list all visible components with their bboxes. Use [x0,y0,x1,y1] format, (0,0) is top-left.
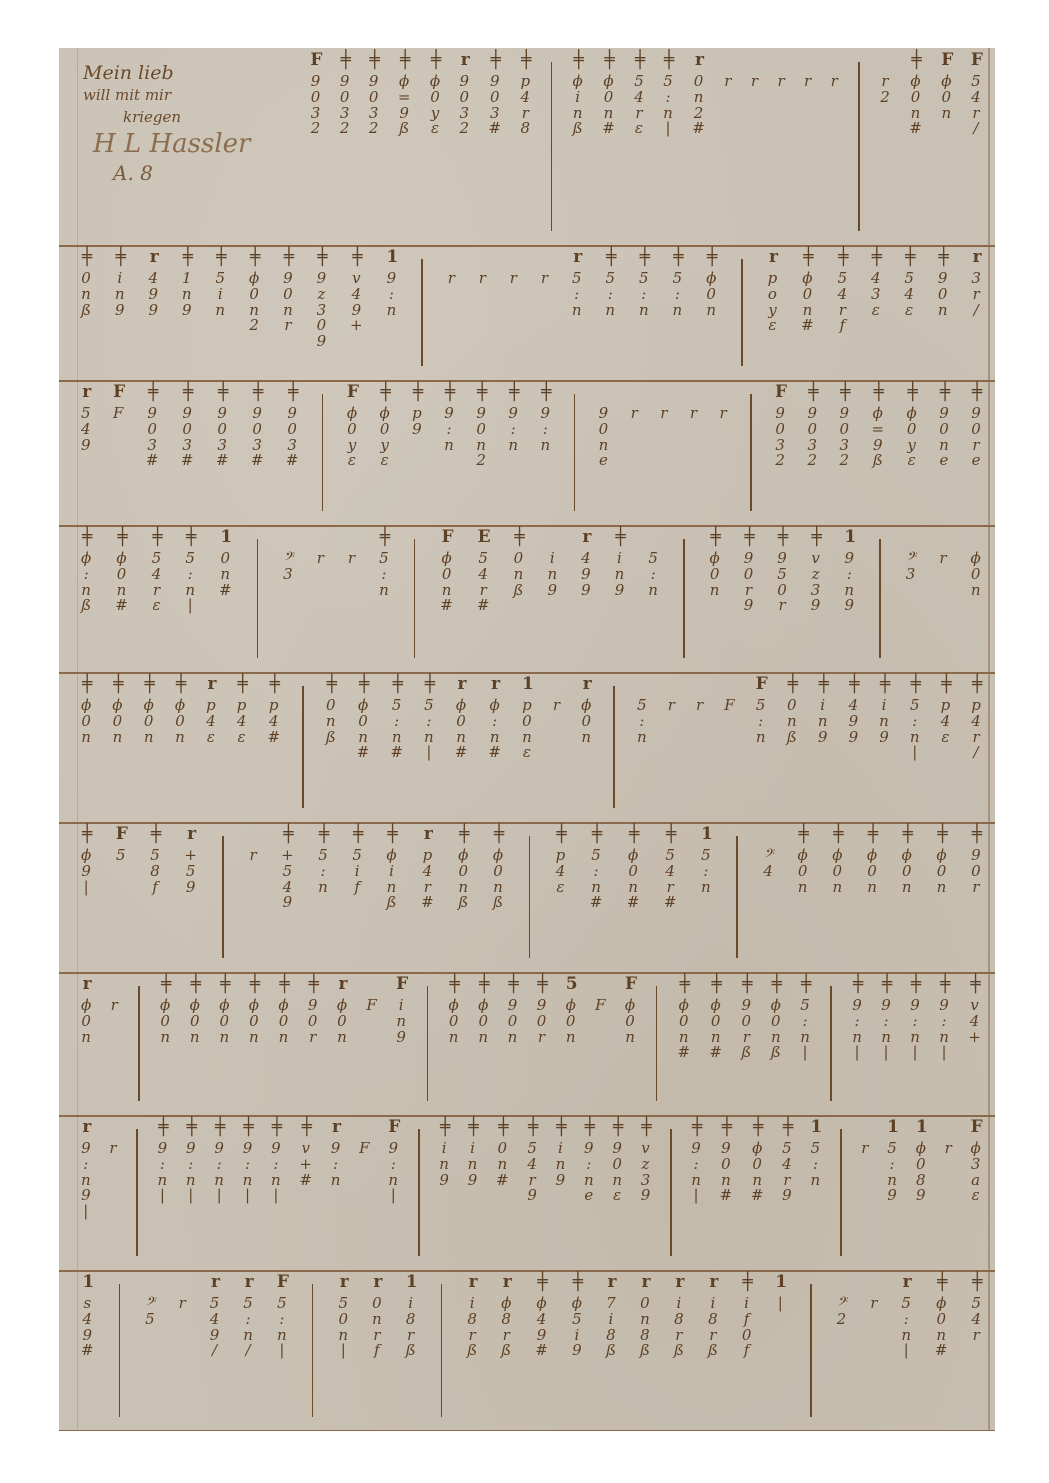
tablature-chord: ╪9:n [540,384,550,453]
manuscript-page: Mein lieb will mit mir kriegen H L Hassl… [59,48,995,1431]
tablature-letter: ß [81,303,91,319]
tablature-chord: ╪90n2 [476,384,486,469]
tablature-letter: ß [386,895,396,911]
tablature-chord: F [359,1119,369,1157]
barline [858,62,860,231]
tablature-letter: r [972,880,979,896]
tablature-letter: n [337,1030,347,1046]
tablature-letter: 9 [115,303,125,319]
tablature-letter: n [113,730,123,746]
tablature-letter: f [744,1343,750,1359]
tablature-chord: ╪ϕ0n [478,976,488,1045]
tablature-letter: | [912,745,917,761]
tablature-letter: ɛ [872,303,880,319]
tablature-letter: 5 [145,1312,155,1328]
rhythm-flag: ╪ [941,676,949,698]
barline [138,986,140,1101]
tablature-chord: ╪0n# [496,1119,509,1188]
tablature-chord: ╪9032 [369,52,379,137]
tablature-letter: # [720,1188,733,1204]
tablature-letter: 2 [808,453,818,469]
rhythm-flag: ╪ [788,676,796,698]
tablature-chord: 1ϕ089 [916,1119,926,1204]
tablature-letter: n [867,880,877,896]
rhythm-flag: F [277,1274,287,1296]
rhythm-flag: ╪ [803,249,811,271]
tablature-letter: n [756,730,766,746]
tablature-letter: # [251,453,264,469]
tablature-chord: ╪9:ne [584,1119,594,1204]
rhythm-flag: ╪ [186,529,194,551]
tablature-letter: n [215,303,225,319]
tablature-chord: F9:n| [388,1119,398,1204]
tablature-chord: ╪5:n| [800,976,810,1061]
rhythm-flag: ╪ [742,976,750,998]
rhythm-flag: ╪ [445,384,453,406]
rhythm-flag: ╪ [302,1119,310,1141]
tablature-letter: r [510,271,517,287]
tablature-letter: 9 [527,1188,537,1204]
tablature-chord: rϕ0n [81,976,91,1045]
tablature-chord: r50n| [338,1274,348,1359]
tablature-letter: r [831,74,838,90]
tablature-letter: n [508,438,518,454]
tablature-letter: n [971,583,981,599]
tablature-letter: ß [771,1045,781,1061]
barline [741,259,743,366]
tablature-columns: ╪0nß╪in9r499╪1n9╪5in╪ϕ0n2╪90nr╪9z309╪v49… [81,249,981,376]
tablature-letter: 9 [641,1188,651,1204]
tablature-letter: # [692,121,705,137]
tablature-letter: ß [326,730,336,746]
tablature-chord: ╪1n9 [182,249,192,318]
tablature-chord: ╪ϕ0n [144,676,154,745]
tablature-chord: 5:n [637,676,647,745]
tablature-chord: 5:n [648,529,658,598]
rhythm-flag: ╪ [753,1119,761,1141]
barline [441,1284,443,1417]
rhythm-flag: r [582,529,589,551]
tablature-chord: ╪9:n [508,384,518,453]
tablature-letter: # [488,121,501,137]
barline [119,1284,121,1417]
tablature-letter: | [83,1204,88,1220]
tablature-letter: 9 [811,598,821,614]
tablature-letter: F [113,406,123,422]
tablature-chord: 10n# [219,529,232,598]
tablature-letter: | [884,1045,889,1061]
tablature-chord: ╪ϕ0n# [909,52,922,137]
tablature-chord: r [777,52,784,90]
tablature-chord: ╪5:n [673,249,683,318]
tablature-chord: r [111,976,118,1014]
tablature-chord: 90ne [599,384,609,469]
rhythm-flag: ╪ [937,826,945,848]
tablature-chord: ╪if0f [742,1274,752,1359]
tablature-chord: ╪54r [971,1274,981,1343]
tablature-chord: ╪ϕ0n# [627,826,640,911]
tablature-letter: # [664,895,677,911]
tablature-chord: r [249,826,256,864]
tablature-chord: ╪90r [537,976,547,1045]
tablature-letter: e [599,453,608,469]
rhythm-flag: ╪ [353,826,361,848]
tablature-letter: r [179,1296,186,1312]
rhythm-flag: F [971,1119,981,1141]
tablature-chord: ╪90rß [741,976,751,1061]
tablature-letter: r [448,271,455,287]
tablature-letter: 8 [521,121,531,137]
tablature-letter: | [84,880,89,896]
barline [551,62,553,231]
system-divider-line [59,525,995,527]
tablature-letter: 9 [615,583,625,599]
rhythm-flag: r [424,826,431,848]
barline [421,259,423,366]
tablature-letter: 9 [439,1173,449,1189]
tablature-columns: F9032╪9032╪9032╪ϕ=9ß╪ϕ0yɛr9032╪903#╪p4r8… [291,52,981,241]
tablature-letter: | [341,1343,346,1359]
barline [302,686,304,808]
rhythm-flag: ╪ [585,1119,593,1141]
rhythm-flag: ╪ [528,1119,536,1141]
rhythm-flag: ╪ [387,826,395,848]
tablature-chord: ╪54rɛ [152,529,162,614]
rhythm-flag: r [340,1274,347,1296]
tablature-letter: ß [406,1343,416,1359]
tablature-chord: ╪ϕ0yɛ [379,384,389,469]
tablature-chord: ╪9:n| [910,976,920,1061]
tablature-chord: ri8rß [467,1274,477,1359]
rhythm-flag: ╪ [664,52,672,74]
tablature-chord: ╪90re [971,384,981,469]
barline [222,836,224,958]
tablature-chord: FF [113,384,123,422]
tablature-letter: ɛ [381,453,389,469]
tablature-letter: 9 [182,303,192,319]
rhythm-flag: r [973,249,980,271]
tablature-letter: r [778,598,785,614]
tablature-letter: r [479,271,486,287]
tablature-letter: r [973,1328,980,1344]
tablature-chord: ╪ϕ0n [710,529,720,598]
tablature-letter: n [673,303,683,319]
tablature-chord: r5:n [572,249,582,318]
barline [830,986,832,1101]
tablature-letter: n [798,880,808,896]
tablature-letter: n [832,880,842,896]
rhythm-flag: ╪ [319,826,327,848]
tablature-letter: n [249,1030,259,1046]
rhythm-flag: ╪ [148,384,156,406]
tablature-chord: r3r/ [971,249,981,318]
tablature-system-1: F9032╪9032╪9032╪ϕ=9ß╪ϕ0yɛr9032╪903#╪p4r8… [59,48,995,245]
rhythm-flag: r [211,1274,218,1296]
tablature-letter: n [444,438,454,454]
tablature-chord: ╪5:n [318,826,328,895]
tablature-letter: n [81,1030,91,1046]
barline [312,1284,314,1417]
tablature-columns: r9:n9|r╪9:n|╪9:n|╪9:n|╪9:n|╪9:n|╪v+#r9:n… [81,1119,981,1266]
tablature-letter: f [354,880,360,896]
tablature-letter: 9 [317,334,327,350]
rhythm-flag: ╪ [872,249,880,271]
rhythm-flag: 1 [916,1119,926,1141]
tablature-chord: ╪5:n [605,249,615,318]
tablature-chord: ╪ϕ=9ß [398,52,411,137]
rhythm-flag: ╪ [215,1119,223,1141]
tablature-chord: 𝄢3 [906,529,916,583]
tablature-chord: 15:n [810,1119,820,1188]
tablature-letter: n [701,880,711,896]
tablature-letter: f [152,880,158,896]
tablature-chord: r [724,52,731,90]
tablature-letter: 9 [396,1030,406,1046]
tablature-chord: ╪vz39 [811,529,821,614]
tablature-letter: r [111,998,118,1014]
bottom-rule-line [59,1430,995,1431]
tablature-letter: ɛ [908,453,916,469]
tablature-chord: r7i8ß [606,1274,616,1359]
tablature-chord: ╪ϕ=9ß [871,384,884,469]
rhythm-flag: r [641,1274,648,1296]
rhythm-flag: ╪ [359,676,367,698]
rhythm-flag: ╪ [840,384,848,406]
rhythm-flag: ╪ [393,676,401,698]
rhythm-flag: ╪ [82,676,90,698]
barline [414,539,416,658]
rhythm-flag: ╪ [425,676,433,698]
tablature-system-6: ╪ϕ9|F5╪58fr+59r╪+549╪5:n╪5if╪ϕinßrp4r#╪ϕ… [59,822,995,972]
rhythm-flag: ╪ [283,826,291,848]
tablature-letter: n [190,1030,200,1046]
tablature-chord: ╪ϕ:nß [81,529,91,614]
rhythm-flag: ╪ [798,826,806,848]
rhythm-flag: F [625,976,635,998]
rhythm-flag: ╪ [811,529,819,551]
tablature-chord: ╪ϕ0n# [801,249,814,334]
tablature-chord: ╪ϕ0nß [493,826,503,911]
rhythm-flag: ╪ [629,826,637,848]
tablature-letter: r [348,551,355,567]
rhythm-flag: 1 [387,249,397,271]
tablature-chord: ╪5if [352,826,362,895]
tablature-letter: | [803,1045,808,1061]
tablature-letter: r [660,406,667,422]
tablature-letter: e [584,1188,593,1204]
rhythm-flag: F [442,529,452,551]
tablature-letter: r [939,551,946,567]
tablature-chord: ╪in9 [879,676,889,745]
tablature-chord: ╪9032 [340,52,350,137]
tablature-chord: Fin9 [396,976,406,1045]
rhythm-flag: ╪ [972,676,980,698]
rhythm-flag: ╪ [907,384,915,406]
rhythm-flag: 1 [844,529,854,551]
tablature-chord: rp4r# [421,826,434,911]
tablature-chord: r [317,529,324,567]
rhythm-flag: r [469,1274,476,1296]
tablature-letter: ɛ [431,121,439,137]
rhythm-flag: F [388,1119,398,1141]
tablature-chord: ╪ϕ0n [278,976,288,1045]
barline [574,394,576,511]
tablature-letter: 2 [880,90,890,106]
tablature-letter: ɛ [238,730,246,746]
rhythm-flag: ╪ [521,52,529,74]
rhythm-flag: 1 [82,1274,92,1296]
rhythm-flag: ╪ [537,1274,545,1296]
tablature-letter: n [175,730,185,746]
rhythm-flag: r [461,52,468,74]
tablature-chord: ╪ϕ49# [535,1274,548,1359]
tablature-letter: # [709,1045,722,1061]
tablature-columns: r549FF╪903#╪903#╪903#╪903#╪903#Fϕ0yɛ╪ϕ0y… [81,384,981,521]
rhythm-flag: ╪ [592,826,600,848]
rhythm-flag: ╪ [940,384,948,406]
tablature-chord: r [109,1119,116,1157]
tablature-chord: 19:n9 [844,529,854,614]
rhythm-flag: ╪ [712,976,720,998]
tablature-chord: r [541,249,548,287]
tablature-chord: F [366,976,376,1014]
tablature-letter: # [935,1343,948,1359]
tablature-chord: ╪in9 [115,249,125,318]
rhythm-flag: ╪ [604,52,612,74]
rhythm-flag: ╪ [744,529,752,551]
tablature-chord: ╪5in [215,249,225,318]
tablature-chord: ╪90r [308,976,318,1045]
tablature-chord: rϕ8rß [501,1274,511,1359]
tablature-chord: ╪5:n| [424,676,434,761]
tablature-chord: ╪ϕ0n [190,976,200,1045]
tablature-chord: ╪ϕ0n# [751,1119,764,1204]
rhythm-flag: ╪ [707,249,715,271]
tablature-letter: | [778,1296,783,1312]
rhythm-flag: 5 [566,976,576,998]
tablature-letter: r [724,74,731,90]
tablature-letter: | [694,1188,699,1204]
rhythm-flag: ╪ [911,52,919,74]
rhythm-flag: ╪ [145,676,153,698]
tablature-letter: ɛ [972,1188,980,1204]
tablature-chord: ╪ϕ0n [936,826,946,895]
tablature-chord: r499 [148,249,158,318]
tablature-letter: 9 [148,303,158,319]
tablature-letter: 2 [837,1312,847,1328]
tablature-letter: r [309,1030,316,1046]
rhythm-flag: ╪ [514,529,522,551]
tablature-system-8: r9:n9|r╪9:n|╪9:n|╪9:n|╪9:n|╪9:n|╪v+#r9:n… [59,1115,995,1270]
tablature-chord: ╪in9 [439,1119,449,1188]
tablature-chord: r [751,52,758,90]
barline [670,1129,672,1256]
tablature-chord: ╪in9 [468,1119,478,1188]
tablature-chord: ╪9:n| [852,976,862,1061]
rhythm-flag: ╪ [880,676,888,698]
tablature-chord: ╪903# [286,384,299,469]
tablature-chord: r0n8ß [640,1274,650,1359]
rhythm-flag: ╪ [939,249,947,271]
rhythm-flag: ╪ [82,826,90,848]
tablature-letter: # [81,1343,94,1359]
tablature-letter: ß [501,1343,511,1359]
tablature-letter: n [581,730,591,746]
rhythm-flag: ╪ [82,249,90,271]
rhythm-flag: ╪ [284,249,292,271]
rhythm-flag: r [82,384,89,406]
rhythm-flag: ╪ [250,976,258,998]
rhythm-flag: ╪ [972,384,980,406]
tablature-chord: 19:n [387,249,397,318]
tablature-system-5: ╪ϕ0n╪ϕ0n╪ϕ0n╪ϕ0nrp4ɛ╪p4ɛ╪p4#╪0nß╪ϕ0n#╪5:… [59,672,995,822]
tablature-chord: 𝄢4 [763,826,773,880]
tablature-letter: # [219,583,232,599]
tablature-chord: r499 [581,529,591,598]
tablature-letter: | [942,1045,947,1061]
tablature-system-3: r549FF╪903#╪903#╪903#╪903#╪903#Fϕ0yɛ╪ϕ0y… [59,380,995,525]
rhythm-flag: ╪ [216,249,224,271]
tablature-letter: # [181,453,194,469]
rhythm-flag: r [491,676,498,698]
tablature-chord: ╪58f [150,826,160,895]
tablature-letter: r [541,271,548,287]
rhythm-flag: ╪ [937,1274,945,1296]
tablature-chord: ╪ϕ0n [112,676,122,745]
rhythm-flag: ╪ [152,529,160,551]
tablature-chord: ╪ϕ0yɛ [430,52,440,137]
tablature-letter: + [350,318,363,334]
tablature-letter: r [719,406,726,422]
tablature-chord: ╪ϕ0n [797,826,807,895]
rhythm-flag: ╪ [833,826,841,848]
tablature-chord: ╪9032 [840,384,850,469]
barline [529,836,531,958]
tablature-chord: ╪9032 [808,384,818,469]
rhythm-flag: r [607,1274,614,1296]
tablature-letter: F [366,998,376,1014]
tablature-chord: 1p0nɛ [522,676,532,761]
tablature-chord: ri8rß [708,1274,718,1359]
rhythm-flag: 1 [810,1119,820,1141]
rhythm-flag: ╪ [309,976,317,998]
barline [257,539,259,658]
rhythm-flag: ╪ [666,826,674,848]
tablature-chord: ╪ϕ0n [449,976,459,1045]
tablature-chord: r [348,529,355,567]
rhythm-flag: r [187,826,194,848]
rhythm-flag: ╪ [468,1119,476,1141]
tablature-letter: n [508,1030,518,1046]
system-divider-line [59,822,995,824]
tablature-chord: F5:n| [277,1274,287,1359]
tablature-letter: / [246,1343,251,1359]
rhythm-flag: r [458,676,465,698]
rhythm-flag: ╪ [838,249,846,271]
tablature-chord: ╪ϕ0n [249,976,259,1045]
tablature-letter: F [724,698,734,714]
tablature-chord: r9:n9| [81,1119,91,1220]
tablature-letter: r [751,74,758,90]
tablature-chord: ╪5:n [379,529,389,598]
tablature-chord: F5:n [756,676,766,745]
tablature-chord: Fϕ0yɛ [347,384,357,469]
tablature-chord: 5ϕ0n [566,976,576,1045]
tablature-letter: f [840,318,846,334]
tablature-chord: ╪90r9 [744,529,754,614]
tablature-letter: r [249,848,256,864]
rhythm-flag: ╪ [161,976,169,998]
